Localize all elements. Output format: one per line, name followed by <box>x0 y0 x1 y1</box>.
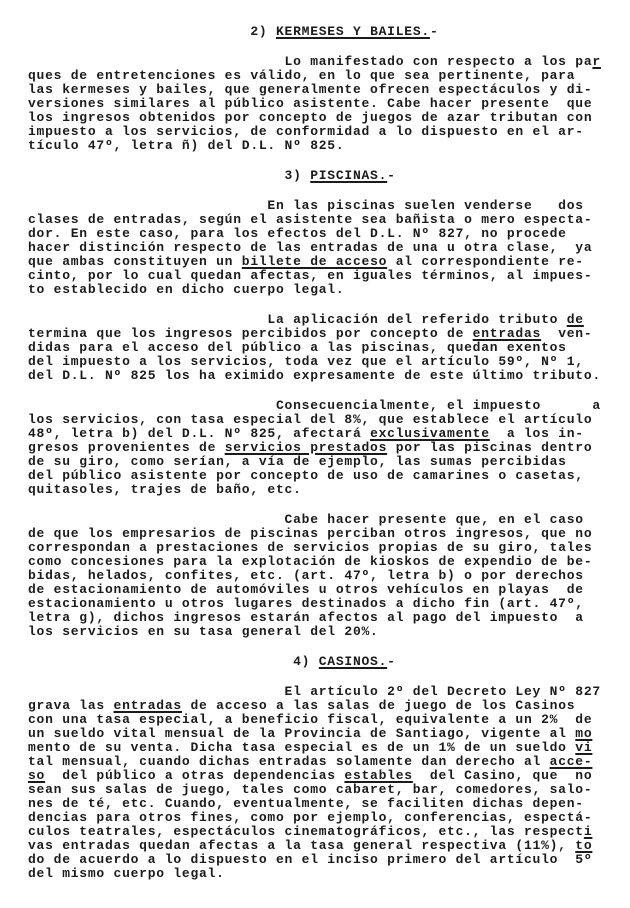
text-line: letra g), dichos ingresos estarán afecto… <box>28 611 630 625</box>
text-line: del mismo cuerpo legal. <box>28 867 630 881</box>
text-line: del D.L. Nº 825 los ha eximido expresame… <box>28 369 630 383</box>
paragraph: Cabe hacer presente que, en el casode qu… <box>28 513 630 639</box>
text-line: que ambas constituyen un billete de acce… <box>28 255 630 269</box>
text-line: clases de entradas, según el asistente s… <box>28 213 630 227</box>
paragraph: El artículo 2º del Decreto Ley Nº 827gra… <box>28 685 630 881</box>
text-line: de su giro, como serían, a vía de ejempl… <box>28 455 630 469</box>
text-line: mento de su venta. Dicha tasa especial e… <box>28 741 630 755</box>
paragraph: Lo manifestado con respecto a los parque… <box>28 55 630 153</box>
paragraph: La aplicación del referido tributo deter… <box>28 313 630 383</box>
text-line: 3) PISCINAS.- <box>28 169 630 183</box>
text-line: cinto, por lo cual quedan afectas, en ig… <box>28 269 630 283</box>
text-line: 2) KERMESES Y BAILES.- <box>28 25 630 39</box>
text-line: tículo 47º, letra ñ) del D.L. Nº 825. <box>28 139 630 153</box>
text-line: los ingresos obtenidos por concepto de j… <box>28 111 630 125</box>
paragraph: Consecuencialmente, el impuesto alos ser… <box>28 399 630 497</box>
text-line: versiones similares al público asistente… <box>28 97 630 111</box>
text-line: dor. En este caso, para los efectos del … <box>28 227 630 241</box>
text-line: ques de entretenciones es válido, en lo … <box>28 69 630 83</box>
text-line: los servicios en su tasa general del 20%… <box>28 625 630 639</box>
text-line: do de acuerdo a lo dispuesto en el incis… <box>28 853 630 867</box>
text-line: bidas, helados, confites, etc. (art. 47º… <box>28 569 630 583</box>
text-line: con una tasa especial, a beneficio fisca… <box>28 713 630 727</box>
text-line: quitasoles, trajes de baño, etc. <box>28 483 630 497</box>
text-line: termina que los ingresos percibidos por … <box>28 327 630 341</box>
text-line: como concesiones para la explotación de … <box>28 555 630 569</box>
text-line: tal mensual, cuando dichas entradas sola… <box>28 755 630 769</box>
text-line: hacer distinción respecto de las entrada… <box>28 241 630 255</box>
text-line: los servicios, con tasa especial del 8%,… <box>28 413 630 427</box>
text-line: Cabe hacer presente que, en el caso <box>28 513 630 527</box>
text-line: culos teatrales, espectáculos cinematogr… <box>28 825 630 839</box>
text-line: to establecido en dicho cuerpo legal. <box>28 283 630 297</box>
text-line: un sueldo vital mensual de la Provincia … <box>28 727 630 741</box>
text-line: Consecuencialmente, el impuesto a <box>28 399 630 413</box>
section-heading: 2) KERMESES Y BAILES.- <box>28 25 630 39</box>
text-line: El artículo 2º del Decreto Ley Nº 827 <box>28 685 630 699</box>
text-line: de que los empresarios de piscinas perci… <box>28 527 630 541</box>
text-line: las kermeses y bailes, que generalmente … <box>28 83 630 97</box>
text-line: 48º, letra b) del D.L. Nº 825, afectará … <box>28 427 630 441</box>
text-line: grava las entradas de acceso a las salas… <box>28 699 630 713</box>
text-line: En las piscinas suelen venderse dos <box>28 199 630 213</box>
document-body: 2) KERMESES Y BAILES.- Lo manifestado co… <box>28 25 630 881</box>
text-line: correspondan a prestaciones de servicios… <box>28 541 630 555</box>
text-line: nes de té, etc. Cuando, eventualmente, s… <box>28 797 630 811</box>
text-line: La aplicación del referido tributo de <box>28 313 630 327</box>
text-line: sean sus salas de juego, tales como caba… <box>28 783 630 797</box>
text-line: del impuesto a los servicios, toda vez q… <box>28 355 630 369</box>
section-heading: 3) PISCINAS.- <box>28 169 630 183</box>
text-line: 4) CASINOS.- <box>28 655 630 669</box>
text-line: de estacionamiento de automóviles u otro… <box>28 583 630 597</box>
text-line: impuesto a los servicios, de conformidad… <box>28 125 630 139</box>
scanned-page: 2) KERMESES Y BAILES.- Lo manifestado co… <box>0 0 630 908</box>
text-line: dencias para otros fines, como por ejemp… <box>28 811 630 825</box>
text-line: Lo manifestado con respecto a los par <box>28 55 630 69</box>
section-heading: 4) CASINOS.- <box>28 655 630 669</box>
text-line: so del público a otras dependencias esta… <box>28 769 630 783</box>
text-line: del público asistente por concepto de us… <box>28 469 630 483</box>
text-line: didas para el acceso del público a las p… <box>28 341 630 355</box>
text-line: gresos provenientes de servicios prestad… <box>28 441 630 455</box>
text-line: vas entradas quedan afectas a la tasa ge… <box>28 839 630 853</box>
paragraph: En las piscinas suelen venderse dosclase… <box>28 199 630 297</box>
text-line: estacionamiento u otros lugares destinad… <box>28 597 630 611</box>
